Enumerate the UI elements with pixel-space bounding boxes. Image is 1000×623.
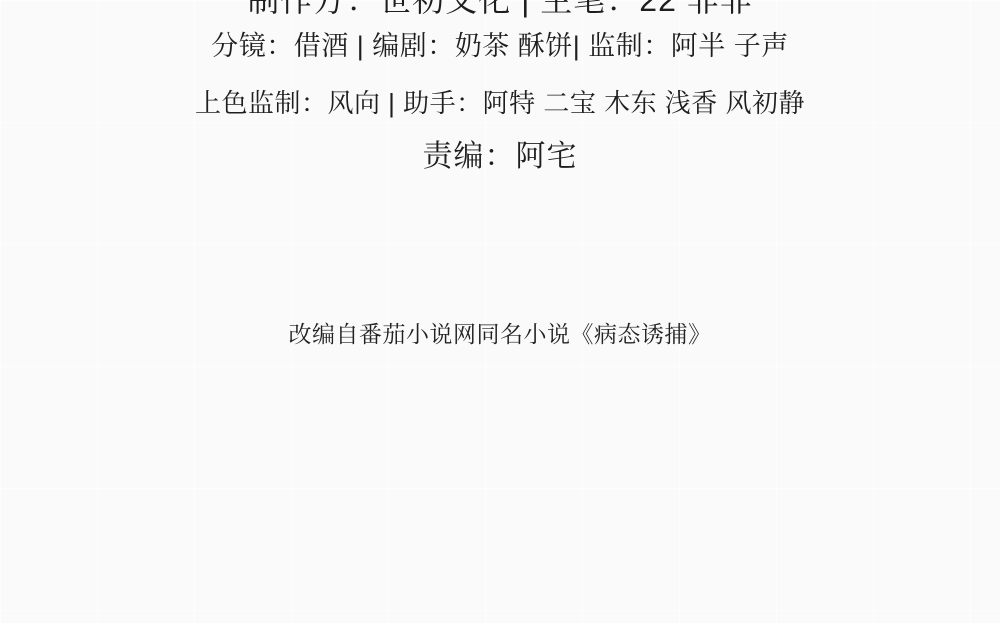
credits-line-editor: 责编：阿宅 <box>0 142 1000 172</box>
adaptation-source-note: 改编自番茄小说网同名小说《病态诱捕》 <box>0 323 1000 346</box>
credits-line-coloring: 上色监制：风向 | 助手：阿特 二宝 木东 浅香 风初静 <box>0 90 1000 116</box>
comic-credits-page: 制作方：世初文化 | 主笔：22 非非 分镜：借酒 | 编剧：奶茶 酥饼| 监制… <box>0 0 1000 623</box>
credits-line-storyboard: 分镜：借酒 | 编剧：奶茶 酥饼| 监制：阿半 子声 <box>0 33 1000 60</box>
credits-line-production: 制作方：世初文化 | 主笔：22 非非 <box>0 0 1000 16</box>
